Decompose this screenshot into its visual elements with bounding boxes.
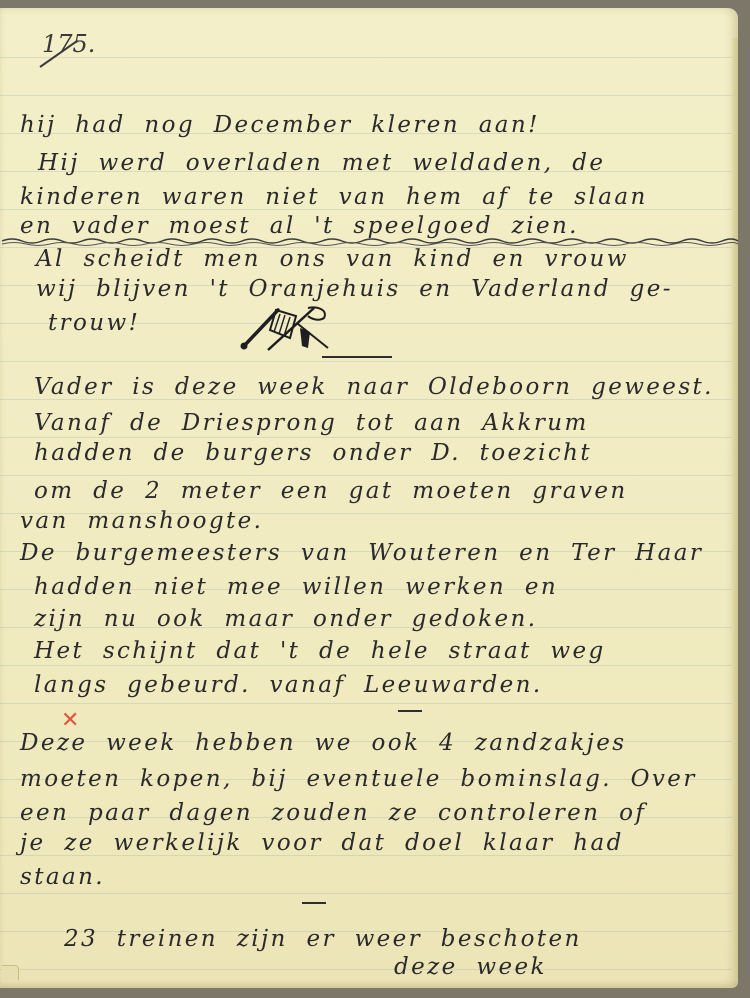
text-line: je ze werkelijk voor dat doel klaar had [20,830,624,856]
text-line: Hij werd overladen met weldaden, de [38,150,605,176]
text-line: 23 treinen zijn er weer beschoten [64,926,582,952]
section-divider [322,356,392,358]
text-line: hadden de burgers onder D. toezicht [34,440,592,466]
text-line: Vader is deze week naar Oldeboorn gewees… [34,374,714,400]
text-line: Het schijnt dat 't de hele straat weg [34,638,606,664]
section-divider [302,902,326,904]
text-line: Deze week hebben we ook 4 zandzakjes [20,730,626,756]
section-divider [398,710,422,712]
text-line: staan. [20,864,105,890]
text-line: deze week [394,954,547,980]
text-line: om de 2 meter een gat moeten graven [34,478,628,504]
folded-corner [2,965,19,980]
text-line: hadden niet mee willen werken en [34,574,558,600]
text-line: De burgemeesters van Wouteren en Ter Haa… [20,540,703,566]
text-line: langs gebeurd. vanaf Leeuwarden. [34,672,543,698]
text-line: kinderen waren niet van hem af te slaan [20,184,648,210]
text-line: wij blijven 't Oranjehuis en Vaderland g… [36,276,673,302]
text-line: zijn nu ook maar onder gedoken. [34,606,537,632]
text-line: van manshoogte. [20,508,263,534]
text-line: een paar dagen zouden ze controleren of [20,800,646,826]
diary-page: 175. hij had nog December kleren aan! Hi… [0,8,738,988]
text-line: Vanaf de Driesprong tot aan Akkrum [34,410,589,436]
crossed-flags-icon [238,302,338,352]
page-edge [732,38,738,978]
text-line: moeten kopen, bij eventuele bominslag. O… [20,766,697,792]
text-line: hij had nog December kleren aan! [20,112,540,138]
text-line: Al scheidt men ons van kind en vrouw [36,246,629,272]
text-line: trouw! [48,310,140,336]
